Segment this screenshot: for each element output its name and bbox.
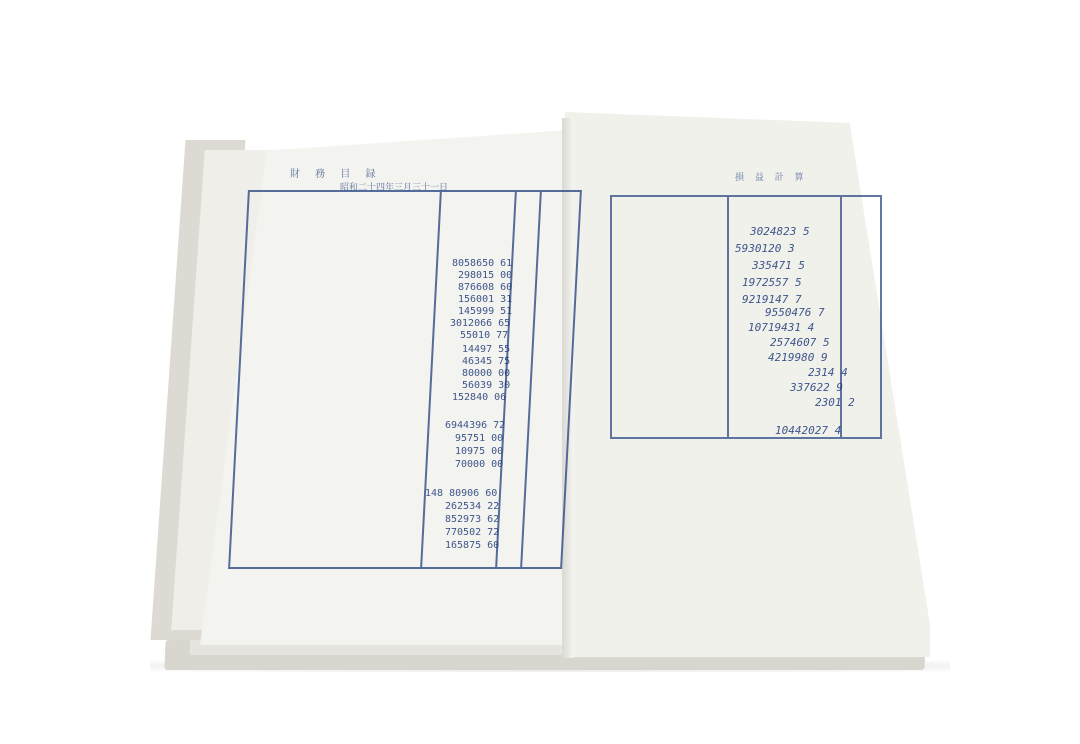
amount: 95751 00 xyxy=(455,433,503,444)
amount: 80000 00 xyxy=(462,368,510,379)
amount: 6944396 72 xyxy=(445,420,505,431)
amount: 148 80906 60 xyxy=(425,488,497,499)
column-divider xyxy=(420,192,442,567)
amount: 262534 22 xyxy=(445,501,499,512)
amount: 56039 30 xyxy=(462,380,510,391)
amount: 10719431 4 xyxy=(748,321,814,334)
left-ledger-table xyxy=(228,190,582,569)
amount: 2301 2 xyxy=(815,396,855,409)
amount: 298015 00 xyxy=(458,270,512,281)
column-divider xyxy=(727,197,729,437)
amount: 70000 00 xyxy=(455,459,503,470)
amount: 145999 51 xyxy=(458,306,512,317)
amount: 10975 00 xyxy=(455,446,503,457)
amount: 10442027 4 xyxy=(775,424,841,437)
amount: 9219147 7 xyxy=(742,293,802,306)
amount: 152840 06 xyxy=(452,392,506,403)
amount: 14497 55 xyxy=(462,344,510,355)
amount: 3024823 5 xyxy=(750,225,810,238)
amount: 852973 62 xyxy=(445,514,499,525)
amount: 1972557 5 xyxy=(742,276,802,289)
amount: 335471 5 xyxy=(752,259,805,272)
amount: 8058650 61 xyxy=(452,258,512,269)
amount: 9550476 7 xyxy=(765,306,825,319)
amount: 4219980 9 xyxy=(768,351,828,364)
amount: 156001 31 xyxy=(458,294,512,305)
amount: 5930120 3 xyxy=(735,242,795,255)
left-page-title: 財 務 目 録 xyxy=(290,165,382,180)
amount: 3012066 65 xyxy=(450,318,510,329)
amount: 55010 77 xyxy=(460,330,508,341)
amount: 876608 60 xyxy=(458,282,512,293)
right-page-title: 損 益 計 算 xyxy=(735,170,808,183)
column-divider xyxy=(520,192,542,567)
amount: 770502 72 xyxy=(445,527,499,538)
amount: 46345 75 xyxy=(462,356,510,367)
amount: 165875 60 xyxy=(445,540,499,551)
amount: 2574607 5 xyxy=(770,336,830,349)
amount: 2314 4 xyxy=(808,366,848,379)
amount: 337622 9 xyxy=(790,381,843,394)
